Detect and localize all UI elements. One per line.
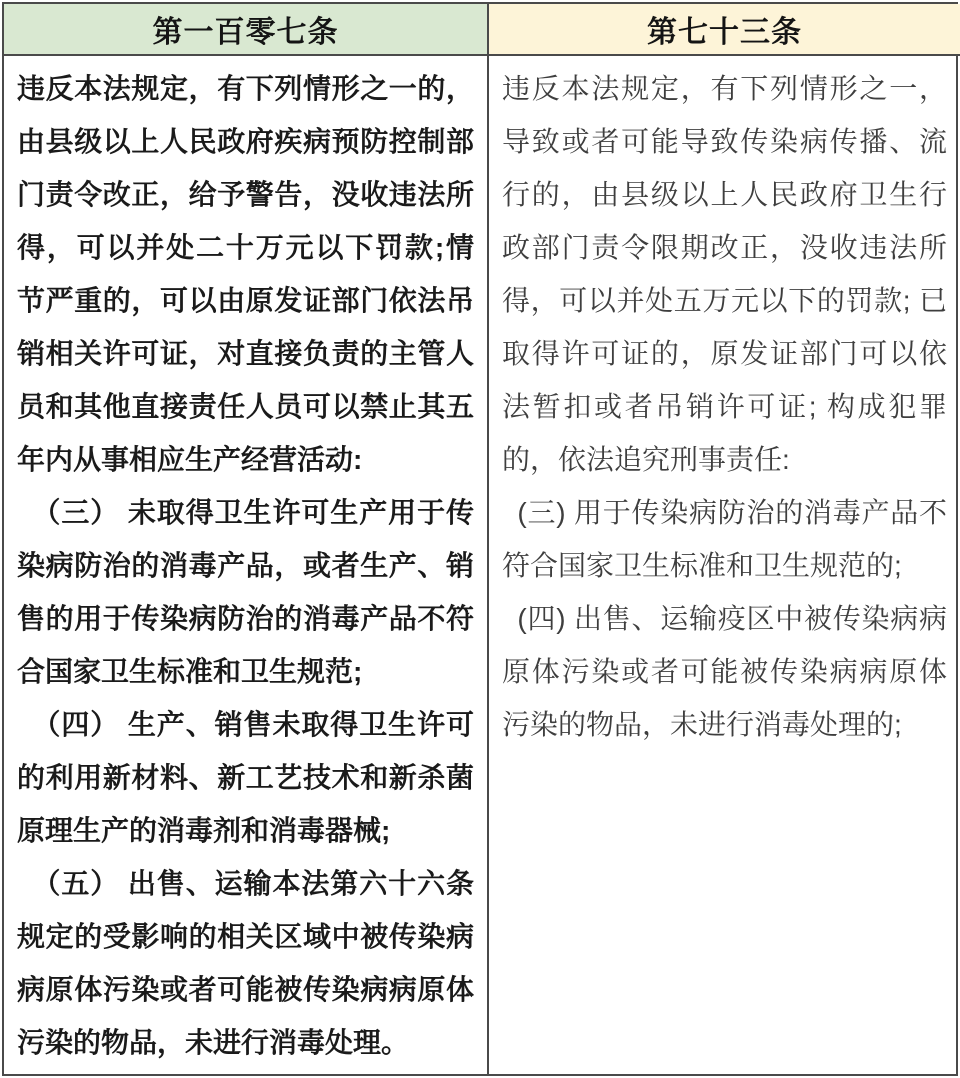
law-comparison-table: 第一百零七条 第七十三条 违反本法规定，有下列情形之一的，由县级以上人民政府疾病… (2, 2, 958, 1076)
article-73-cell: 违反本法规定，有下列情形之一，导致或者可能导致传染病传播、流行的，由县级以上人民… (489, 56, 960, 1074)
article-73-paragraph-main: 违反本法规定，有下列情形之一，导致或者可能导致传染病传播、流行的，由县级以上人民… (502, 62, 947, 486)
article-107-paragraph-main: 违反本法规定，有下列情形之一的，由县级以上人民政府疾病预防控制部门责令改正，给予… (17, 62, 474, 486)
column-header-article-107: 第一百零七条 (4, 4, 489, 56)
article-107-item-3: （三） 未取得卫生许可生产用于传染病防治的消毒产品，或者生产、销售的用于传染病防… (17, 486, 474, 698)
article-107-item-5: （五） 出售、运输本法第六十六条规定的受影响的相关区域中被传染病病原体污染或者可… (17, 857, 474, 1069)
article-73-item-4: (四) 出售、运输疫区中被传染病病原体污染或者可能被传染病病原体污染的物品，未进… (502, 592, 947, 751)
law-comparison-page: 第一百零七条 第七十三条 违反本法规定，有下列情形之一的，由县级以上人民政府疾病… (0, 0, 960, 1078)
column-header-article-73: 第七十三条 (489, 4, 960, 56)
article-107-item-4: （四） 生产、销售未取得卫生许可的利用新材料、新工艺技术和新杀菌原理生产的消毒剂… (17, 698, 474, 857)
article-73-item-3: (三) 用于传染病防治的消毒产品不符合国家卫生标准和卫生规范的; (502, 486, 947, 592)
article-107-cell: 违反本法规定，有下列情形之一的，由县级以上人民政府疾病预防控制部门责令改正，给予… (4, 56, 489, 1074)
